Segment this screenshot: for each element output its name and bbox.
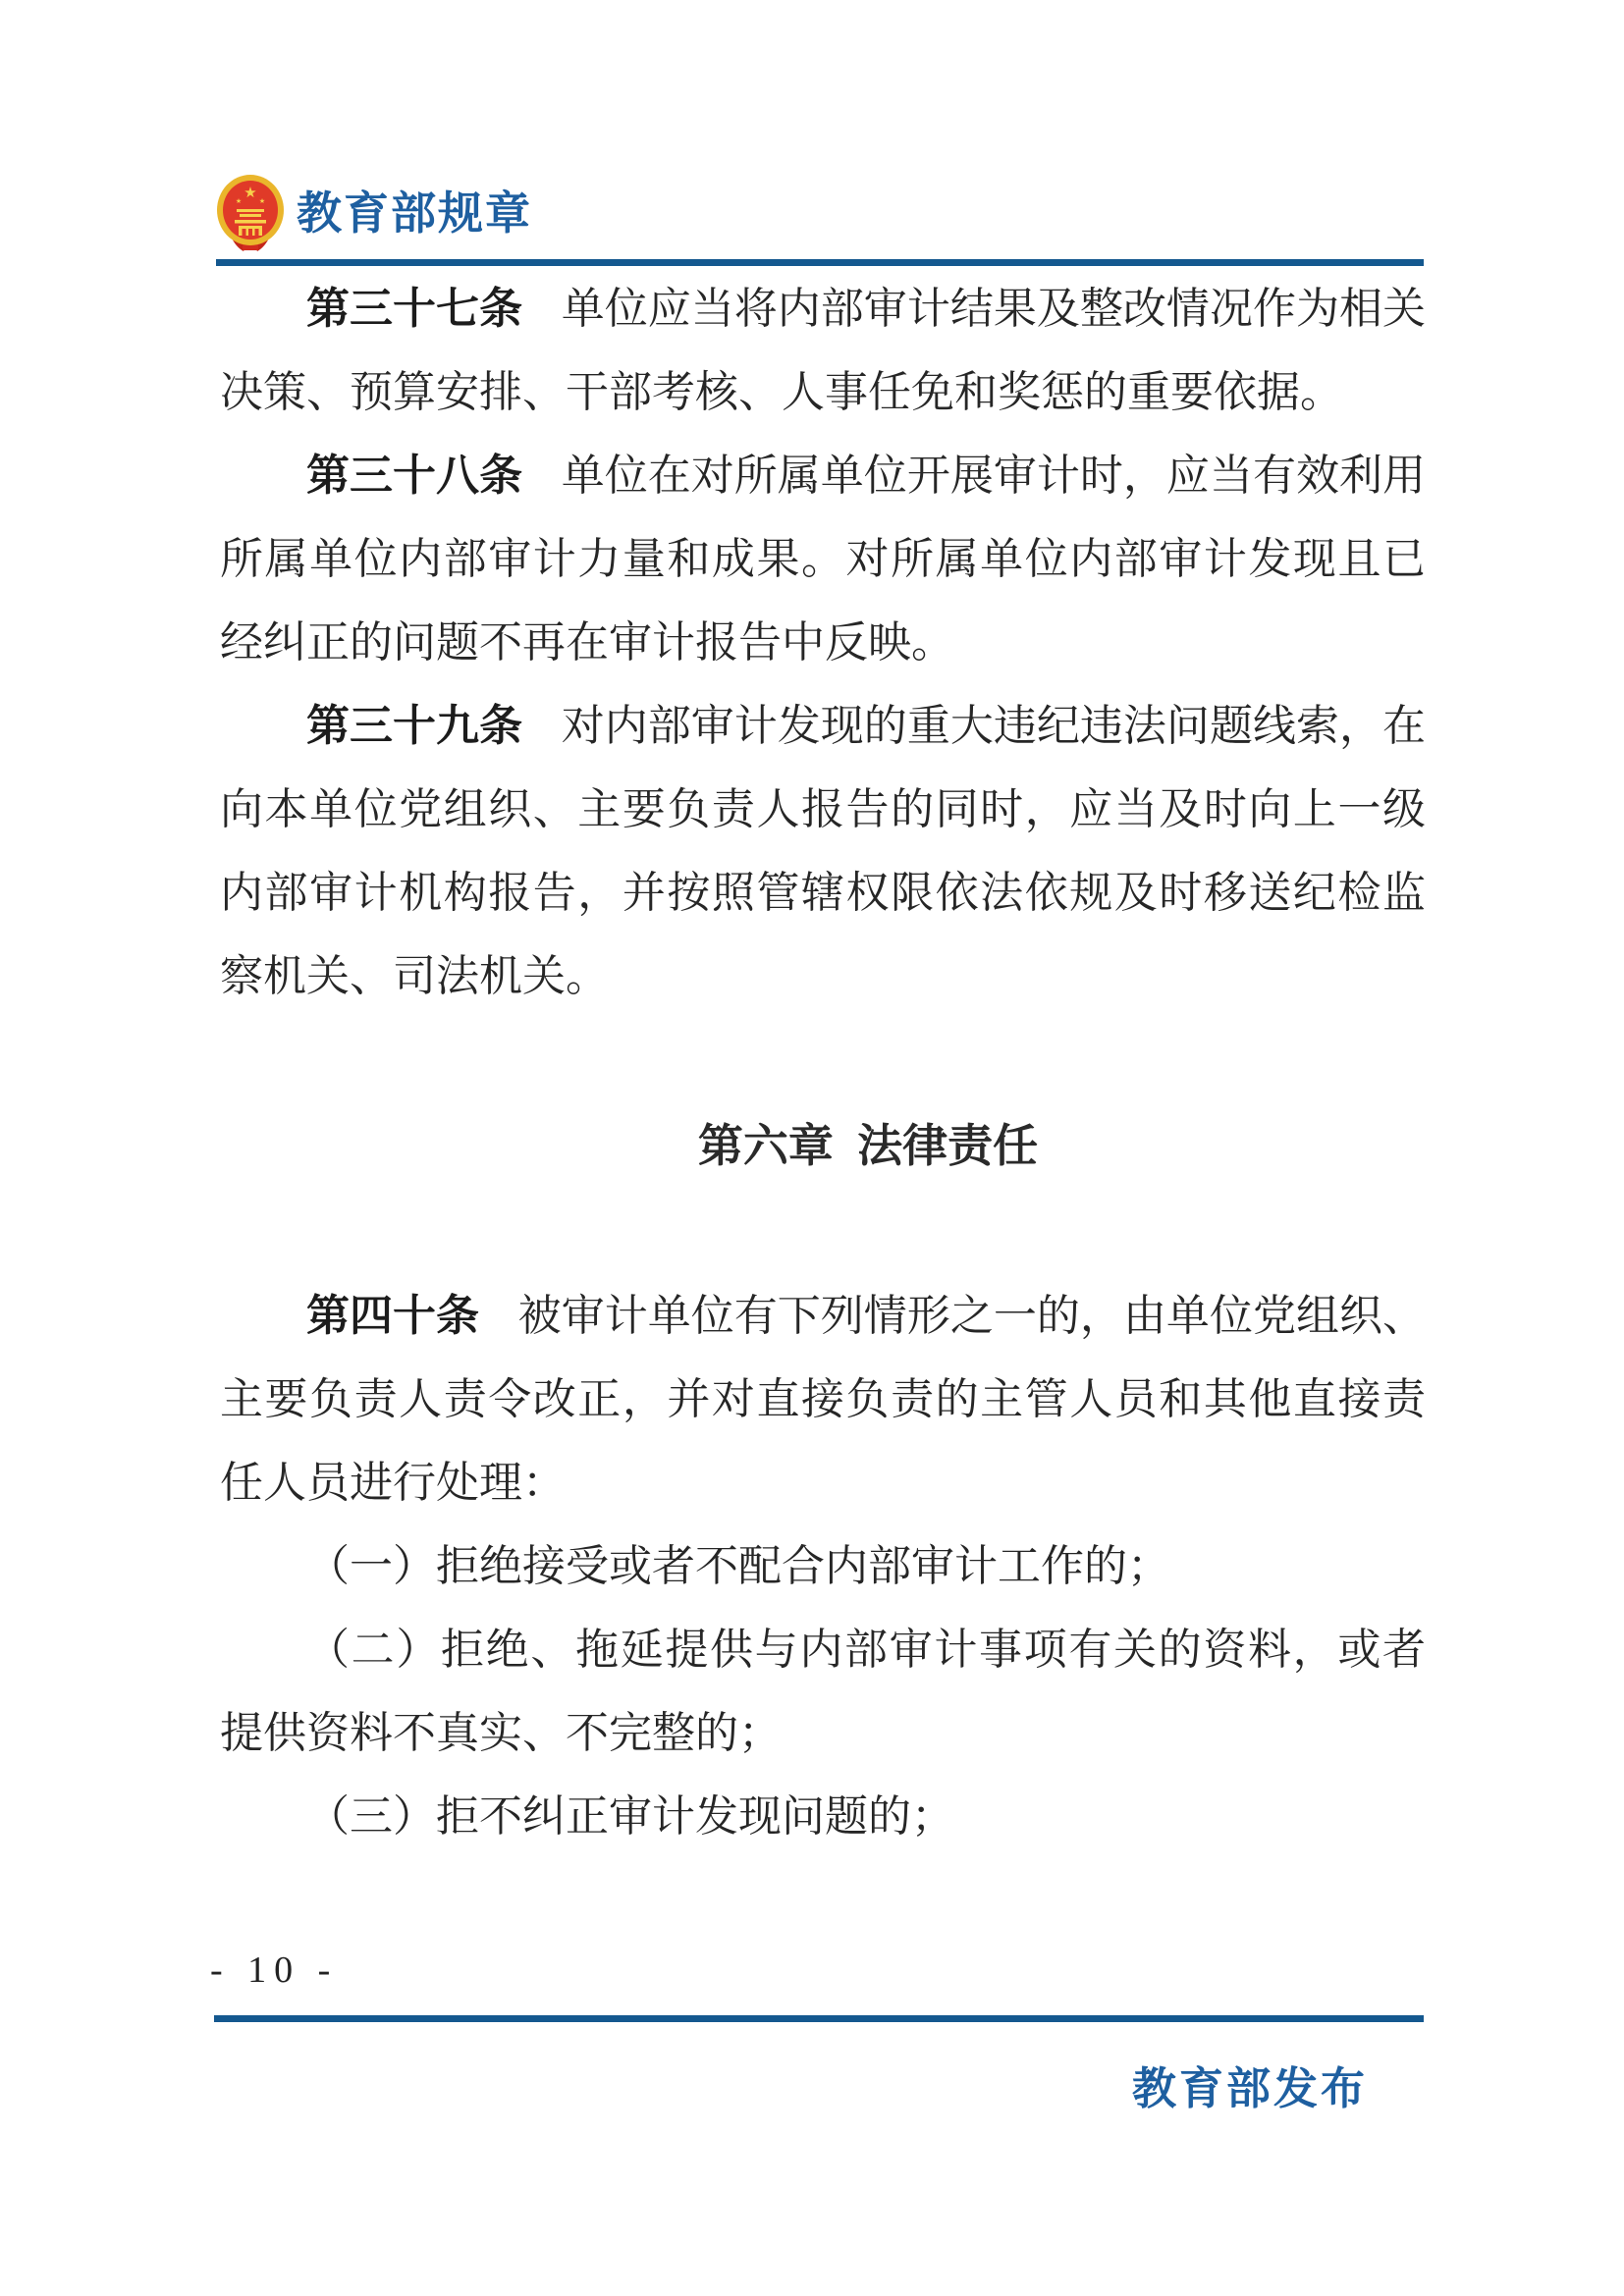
document-body: 第三十七条单位应当将内部审计结果及整改情况作为相关决策、预算安排、干部考核、人事… <box>220 267 1426 1858</box>
paragraph-article-39: 第三十九条对内部审计发现的重大违纪违法问题线索，在向本单位党组织、主要负责人报告… <box>220 684 1426 1018</box>
page-number: - 10 - <box>210 1949 338 1992</box>
article-40-number: 第四十条 <box>306 1292 479 1340</box>
header-rule <box>216 259 1424 266</box>
footer-rule <box>214 2015 1424 2022</box>
list-item-2: （二）拒绝、拖延提供与内部审计事项有关的资料，或者提供资料不真实、不完整的； <box>220 1608 1426 1775</box>
paragraph-article-40: 第四十条被审计单位有下列情形之一的，由单位党组织、主要负责人责令改正，并对直接负… <box>220 1274 1426 1524</box>
national-emblem-icon: ★ ★ ★ <box>216 173 285 253</box>
article-37-number: 第三十七条 <box>306 285 522 333</box>
paragraph-article-38: 第三十八条单位在对所属单位开展审计时，应当有效利用所属单位内部审计力量和成果。对… <box>220 434 1426 684</box>
article-38-number: 第三十八条 <box>306 452 522 500</box>
svg-text:★: ★ <box>244 184 256 201</box>
document-page: ★ ★ ★ 教育部规章 第三十七条单位应当将内部审计结果及整改情况作为相关决策、… <box>0 0 1624 2296</box>
chapter-heading: 第六章 法律责任 <box>220 1104 1426 1188</box>
svg-text:★: ★ <box>236 197 242 205</box>
list-item-1: （一）拒绝接受或者不配合内部审计工作的； <box>220 1524 1426 1608</box>
publisher-label: 教育部发布 <box>1132 2063 1368 2114</box>
header-title: 教育部规章 <box>297 173 532 253</box>
paragraph-article-37: 第三十七条单位应当将内部审计结果及整改情况作为相关决策、预算安排、干部考核、人事… <box>220 267 1426 434</box>
list-item-3: （三）拒不纠正审计发现问题的； <box>220 1775 1426 1858</box>
article-39-number: 第三十九条 <box>306 702 522 750</box>
svg-text:★: ★ <box>259 197 265 205</box>
page-header: ★ ★ ★ 教育部规章 <box>216 173 532 253</box>
